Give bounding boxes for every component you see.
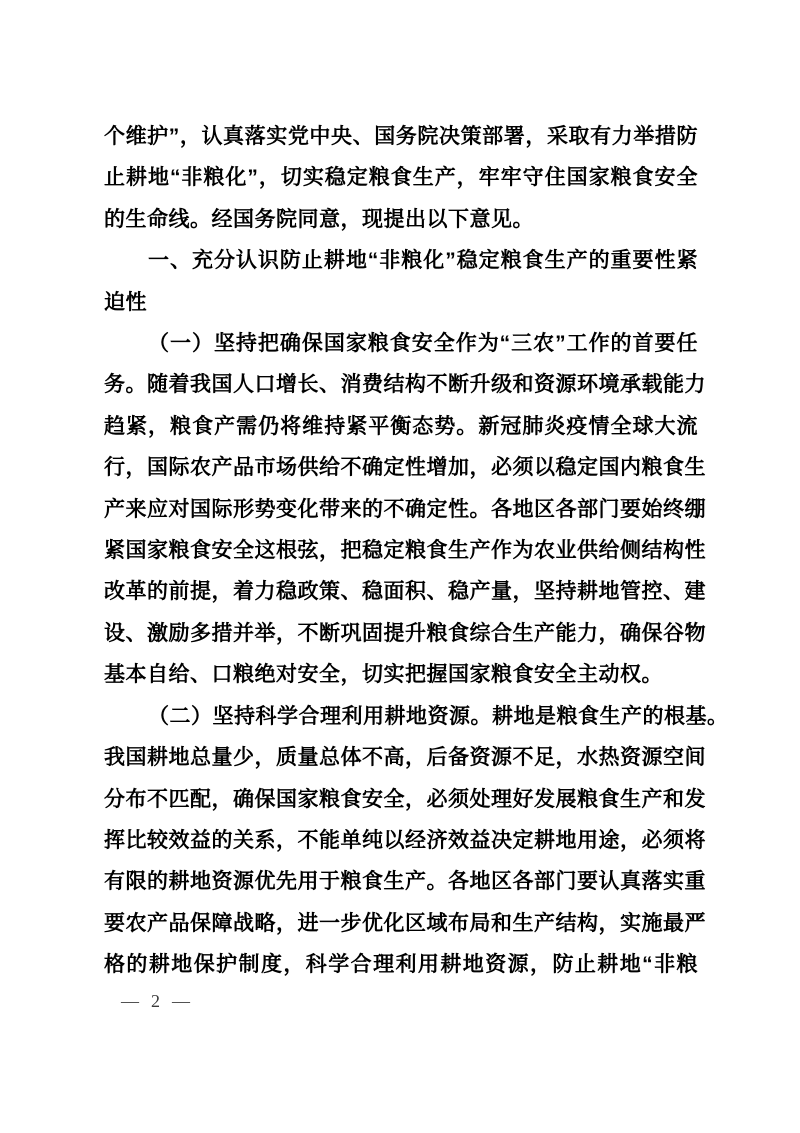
text-line: 产来应对国际形势变化带来的不确定性。各地区各部门要始终绷 (104, 489, 698, 530)
text-line: 务。随着我国人口增长、消费结构不断升级和资源环境承载能力 (104, 364, 698, 405)
text-line: （二）坚持科学合理利用耕地资源。耕地是粮食生产的根基。 (104, 696, 698, 737)
text-line: （一）坚持把确保国家粮食安全作为“三农”工作的首要任 (104, 323, 698, 364)
text-line: 基本自给、口粮绝对安全，切实把握国家粮食安全主动权。 (104, 654, 698, 695)
text-line: 改革的前提，着力稳政策、稳面积、稳产量，坚持耕地管控、建 (104, 571, 698, 612)
footer-left-dash: — (121, 991, 139, 1012)
text-line: 分布不匹配，确保国家粮食安全，必须处理好发展粮食生产和发 (104, 779, 698, 820)
text-line: 格的耕地保护制度，科学合理利用耕地资源，防止耕地“非粮 (104, 944, 698, 985)
text-line: 设、激励多措并举，不断巩固提升粮食综合生产能力，确保谷物 (104, 613, 698, 654)
text-line: 挥比较效益的关系，不能单纯以经济效益决定耕地用途，必须将 (104, 820, 698, 861)
text-line: 要农产品保障战略，进一步优化区域布局和生产结构，实施最严 (104, 903, 698, 944)
footer-right-dash: — (172, 991, 190, 1012)
page-footer: — 2 — (121, 991, 190, 1012)
heading-line: 一、充分认识防止耕地“非粮化”稳定粮食生产的重要性紧 (104, 240, 698, 281)
page-number: 2 (151, 991, 160, 1012)
document-page: 个维护”，认真落实党中央、国务院决策部署，采取有力举措防止耕地“非粮化”，切实稳… (0, 0, 800, 1133)
text-line: 紧国家粮食安全这根弦，把稳定粮食生产作为农业供给侧结构性 (104, 530, 698, 571)
text-line: 个维护”，认真落实党中央、国务院决策部署，采取有力举措防 (104, 116, 698, 157)
text-line: 有限的耕地资源优先用于粮食生产。各地区各部门要认真落实重 (104, 861, 698, 902)
heading-line: 迫性 (104, 282, 698, 323)
text-line: 趋紧，粮食产需仍将维持紧平衡态势。新冠肺炎疫情全球大流 (104, 406, 698, 447)
text-line: 的生命线。经国务院同意，现提出以下意见。 (104, 199, 698, 240)
text-line: 行，国际农产品市场供给不确定性增加，必须以稳定国内粮食生 (104, 447, 698, 488)
text-line: 止耕地“非粮化”，切实稳定粮食生产，牢牢守住国家粮食安全 (104, 157, 698, 198)
document-body: 个维护”，认真落实党中央、国务院决策部署，采取有力举措防止耕地“非粮化”，切实稳… (104, 116, 698, 986)
text-line: 我国耕地总量少，质量总体不高，后备资源不足，水热资源空间 (104, 737, 698, 778)
